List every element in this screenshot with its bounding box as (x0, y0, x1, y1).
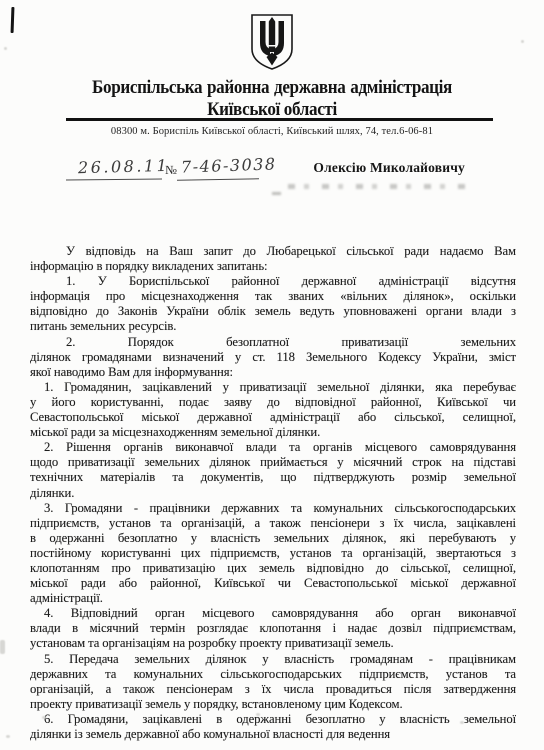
letterhead-address: 08300 м. Бориспіль Київської області, Ки… (0, 126, 544, 137)
scan-artifact-mark (11, 7, 15, 33)
number-underline (177, 178, 259, 181)
body-line: адміністрації. (30, 591, 516, 606)
number-sign: № (165, 163, 177, 178)
body-line: питань земельних ресурсів. (30, 319, 516, 334)
body-line: ділянки із земель державної або комуналь… (30, 727, 516, 742)
body-line: 6.Громадяни,зацікавленіводержаннібезопла… (30, 712, 516, 727)
body-line: міськоїрадиаборайонної,КиївськоїчиСеваст… (30, 576, 516, 591)
body-line: уйогокористуванні,подаєзаявудовідповідно… (30, 395, 516, 410)
scanned-letter-page: Бориспільська районна державна адміністр… (0, 0, 544, 750)
body-line: організацій,атакожпенсіонерамзїхчислапро… (30, 682, 516, 697)
addressee-name: Олексію Миколайовичу (313, 160, 465, 176)
body-line: водержаннібезоплатноувласністьземельнихд… (30, 531, 516, 546)
scan-speck (6, 735, 10, 738)
body-line: технічнихматеріалівтадокументів,щопідтве… (30, 470, 516, 485)
body-line: підприємств,установтаорганізацій,атакожп… (30, 516, 516, 531)
body-line: державнихтакомунальнихсільськогосподарсь… (30, 667, 516, 682)
ukraine-trident-emblem-icon (249, 13, 295, 71)
body-line: владивмісячнийтермінрозглядаєклопотанняі… (30, 621, 516, 636)
faded-ink-mark (272, 192, 281, 195)
faded-erased-text (288, 184, 473, 189)
scan-speck (42, 716, 46, 719)
body-line: відповіднодоЗаконівУкраїниоблікземельвед… (30, 304, 516, 319)
body-line: УвідповідьнаВашзапитдоЛюбарецькоїсільськ… (30, 244, 516, 259)
body-line: установам та організаціям на розробку пр… (30, 636, 516, 651)
body-line: 5.Передачаземельнихділянокувласністьгром… (30, 652, 516, 667)
body-line: Севастопольськоїміськоїдержавноїадмініст… (30, 410, 516, 425)
scan-speck (0, 640, 5, 654)
handwritten-date: 26.08.11 (78, 156, 170, 177)
body-line: інформаціяпромісцезнаходженнятакзваних«в… (30, 289, 516, 304)
body-line: клопотаннямпроприватизаціюцихземельвідпо… (30, 561, 516, 576)
body-line: проекту приватизації земель у порядку, в… (30, 697, 516, 712)
letterhead-divider (66, 118, 493, 121)
body-line: 3.Громадяни-працівникидержавнихтакомунал… (30, 501, 516, 516)
body-line: 2.Порядокбезоплатноїприватизаціїземельни… (30, 335, 516, 350)
scan-speck (521, 40, 524, 43)
body-line: ділянки. (30, 486, 516, 501)
org-name-line1: Бориспільська районна державна адміністр… (27, 77, 517, 99)
body-line: щодоприватизаціїземельнихділянокприймаєт… (30, 455, 516, 470)
body-line: якої наводимо Вам для інформування: (30, 365, 516, 380)
body-line: постійномукористуванніцихпідприємств,уст… (30, 546, 516, 561)
body-line: міської ради за місцезнаходженням земель… (30, 425, 516, 440)
body-text: УвідповідьнаВашзапитдоЛюбарецькоїсільськ… (30, 244, 516, 742)
body-line: 1.УБориспільськоїрайонноїдержавноїадміні… (30, 274, 516, 289)
body-line: 1.Громадянин,зацікавленийуприватизаціїзе… (30, 380, 516, 395)
body-line: 4.Відповіднийорганмісцевогосамоврядуванн… (30, 606, 516, 621)
scan-speck (460, 721, 464, 724)
handwritten-number: 7-46-3038 (181, 154, 277, 176)
body-line: ділянокгромадянамивизначенийуст.118Земел… (30, 350, 516, 365)
scan-speck (4, 47, 7, 50)
body-line: інформацію в порядку викладених запитань… (30, 259, 516, 274)
date-underline (66, 178, 162, 180)
body-line: 2.Рішенняорганіввиконавчоївладитаорганів… (30, 440, 516, 455)
scan-speck (256, 713, 260, 716)
